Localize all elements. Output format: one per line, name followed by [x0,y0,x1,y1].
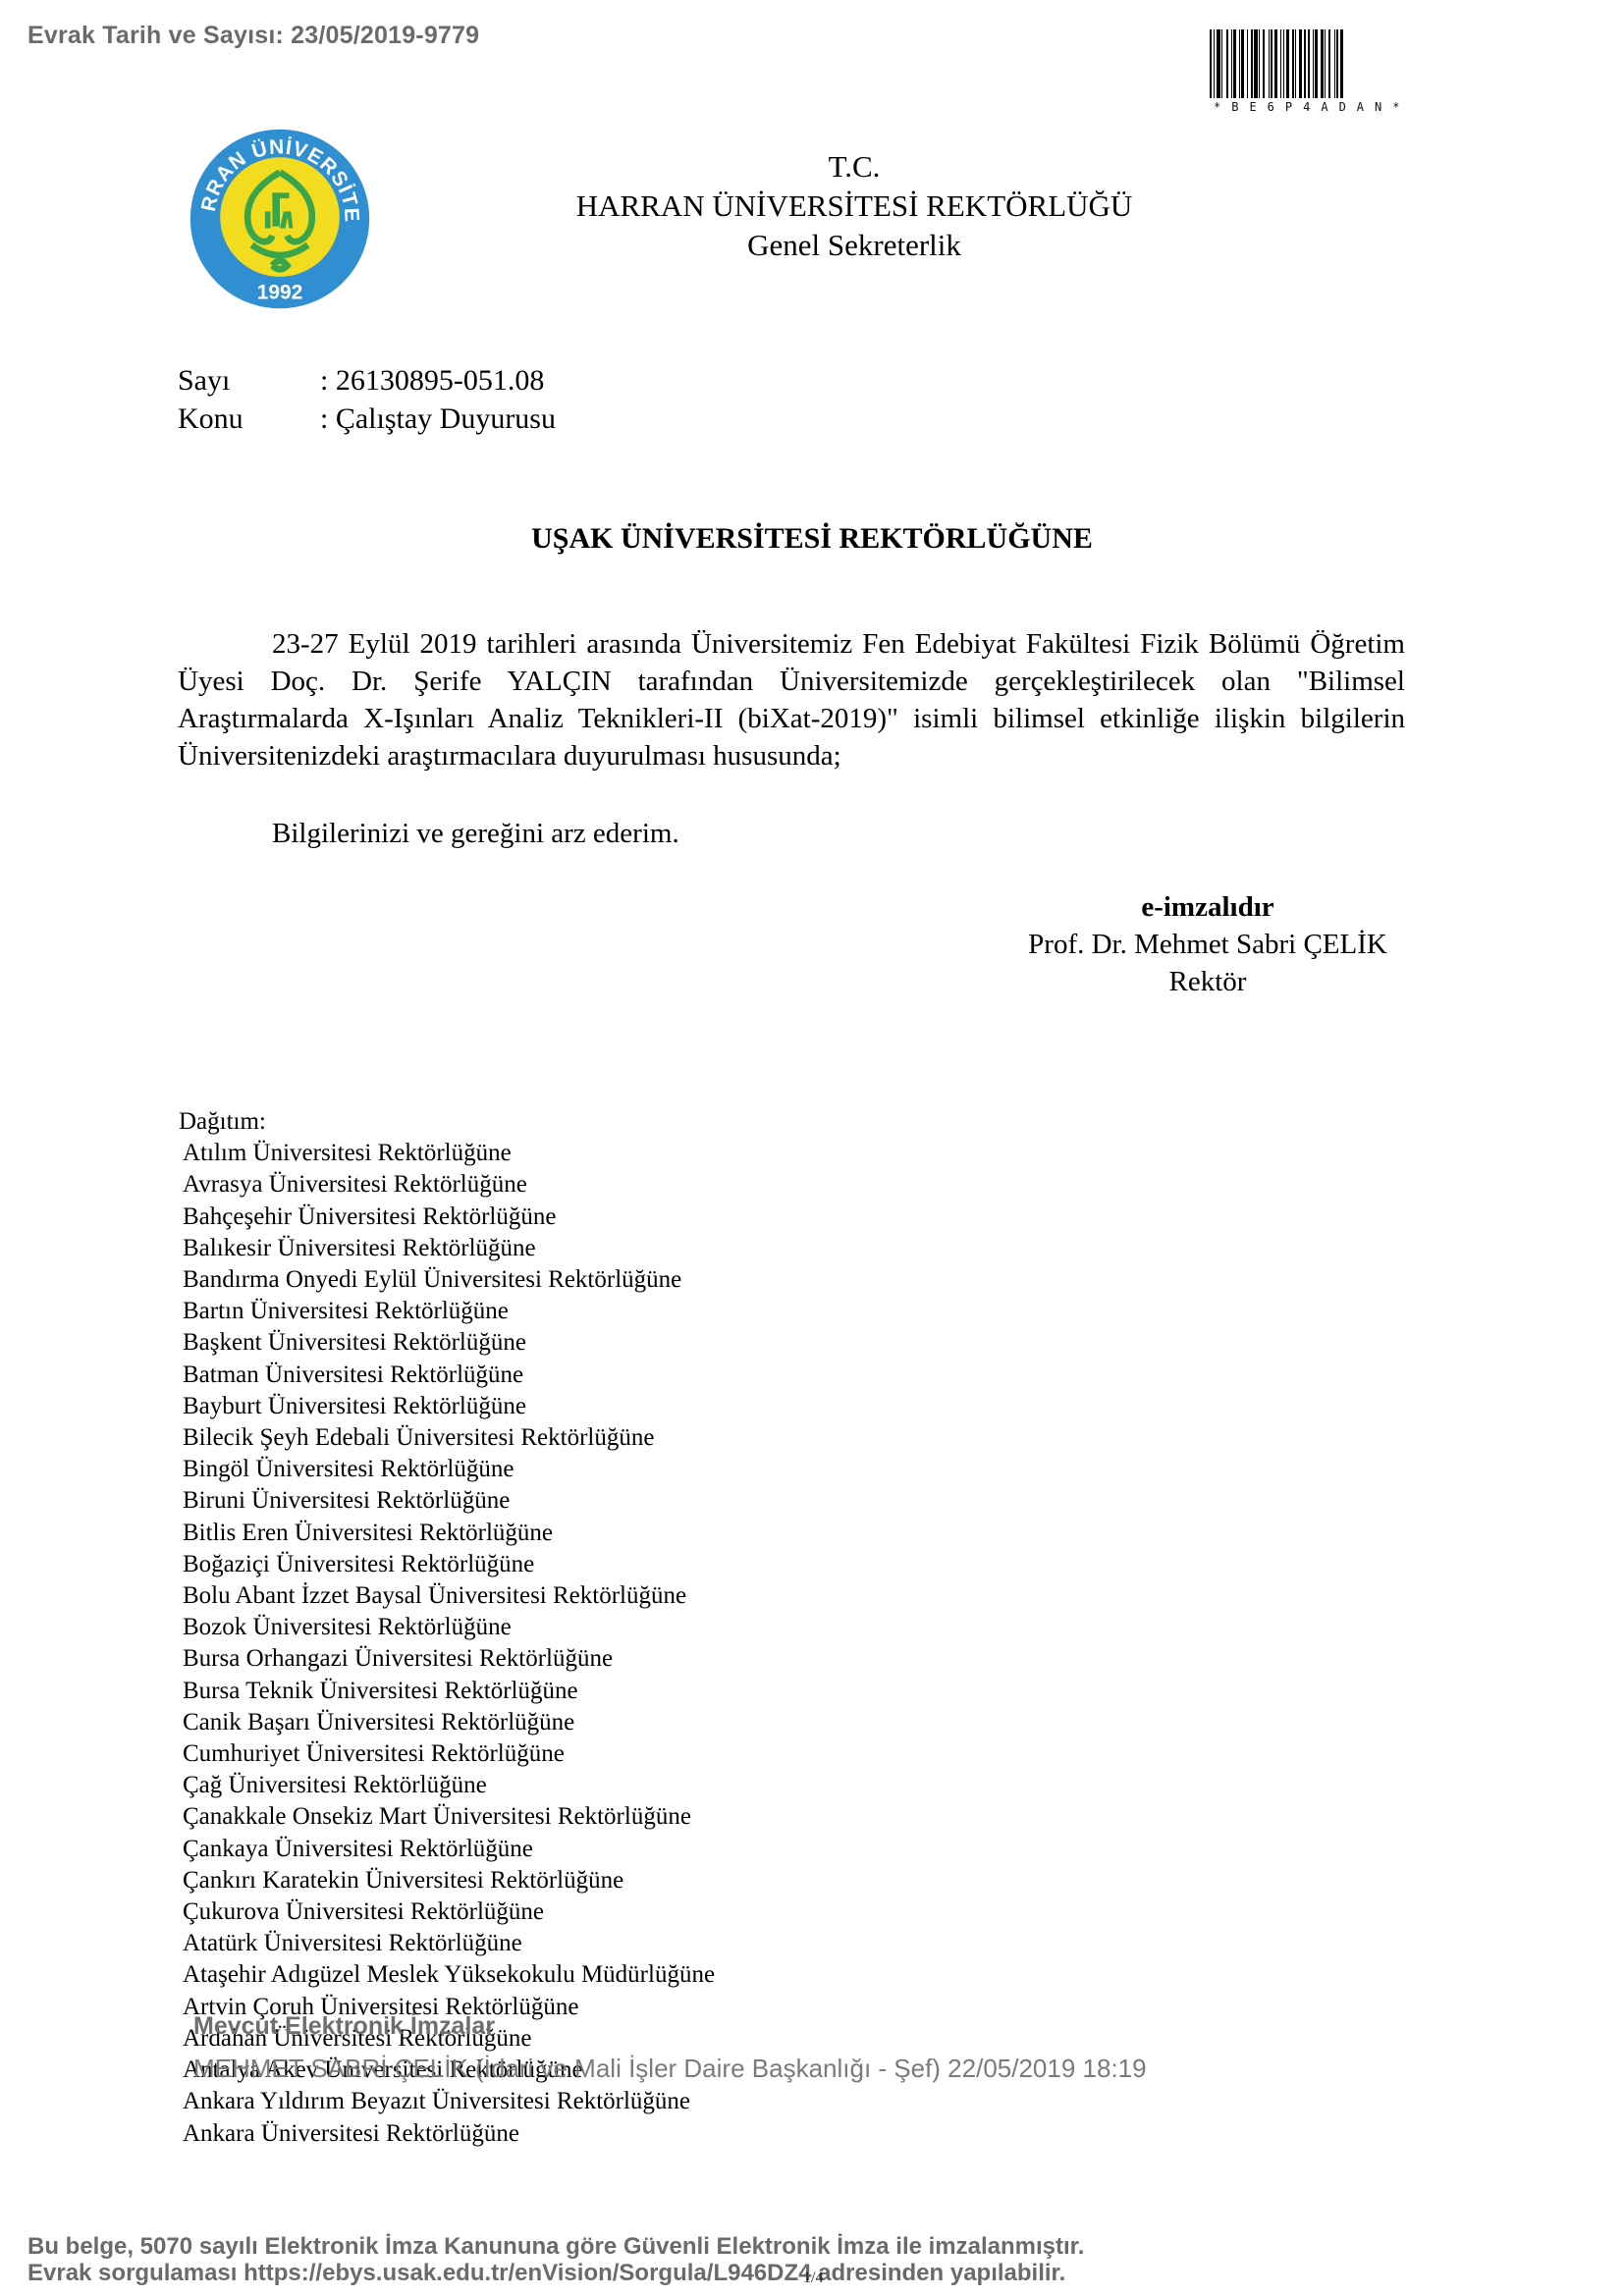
distribution-item: Bahçeşehir Üniversitesi Rektörlüğüne [183,1201,715,1233]
distribution-item: Boğaziçi Üniversitesi Rektörlüğüne [183,1549,715,1580]
evrak-date-number: Evrak Tarih ve Sayısı: 23/05/2019-9779 [27,22,479,50]
distribution-item: Ankara Üniversitesi Rektörlüğüne [183,2118,715,2150]
distribution-item: Bursa Teknik Üniversitesi Rektörlüğüne [183,1676,715,1707]
distribution-item: Atatürk Üniversitesi Rektörlüğüne [183,1928,715,1959]
footer-verification-link[interactable]: Evrak sorgulaması https://ebys.usak.edu.… [27,2260,1084,2286]
distribution-item: Avrasya Üniversitesi Rektörlüğüne [183,1169,715,1201]
document-barcode: *BE6P4ADAN* [1210,29,1455,114]
letter-body: 23-27 Eylül 2019 tarihleri arasında Üniv… [178,625,1405,774]
closing-line: Bilgilerinizi ve gereğini arz ederim. [272,818,679,850]
distribution-item: Başkent Üniversitesi Rektörlüğüne [183,1327,715,1359]
page-number: 1/4 [803,2269,823,2287]
signatory-title: Rektör [982,963,1434,1000]
meta-konu: Konu : Çalıştay Duyurusu [178,400,556,438]
footer-esign-statement: Bu belge, 5070 sayılı Elektronik İmza Ka… [27,2233,1084,2260]
university-logo: HARRAN ÜNİVERSİTESİ 1992 [187,126,373,312]
distribution-item: Çanakkale Onsekiz Mart Üniversitesi Rekt… [183,1801,715,1833]
barcode-text: *BE6P4ADAN* [1210,100,1455,114]
meta-sayi: Sayı : 26130895-051.08 [178,361,556,400]
distribution-item: Bursa Orhangazi Üniversitesi Rektörlüğün… [183,1643,715,1675]
esign-label: e-imzalıdır [982,888,1434,926]
distribution-item: Canik Başarı Üniversitesi Rektörlüğüne [183,1707,715,1738]
signatory-name: Prof. Dr. Mehmet Sabri ÇELİK [982,926,1434,963]
sayi-label: Sayı [178,361,320,400]
footer-notice: Bu belge, 5070 sayılı Elektronik İmza Ka… [27,2233,1084,2286]
barcode-bars [1210,29,1455,98]
konu-value: : Çalıştay Duyurusu [320,400,556,438]
distribution-item: Bitlis Eren Üniversitesi Rektörlüğüne [183,1518,715,1549]
body-paragraph: 23-27 Eylül 2019 tarihleri arasında Üniv… [178,625,1405,774]
esignature-entry: MEHMET SABRİ ÇELİK (İdari ve Mali İşler … [193,2054,1147,2084]
distribution-item: Biruni Üniversitesi Rektörlüğüne [183,1485,715,1517]
document-meta: Sayı : 26130895-051.08 Konu : Çalıştay D… [178,361,556,438]
letterhead-tc: T.C. [511,147,1198,187]
existing-esignatures-title: Mevcut Elektronik İmzalar [193,2012,495,2041]
distribution-item: Bozok Üniversitesi Rektörlüğüne [183,1612,715,1643]
letterhead-institution: HARRAN ÜNİVERSİTESİ REKTÖRLÜĞÜ [511,187,1198,226]
signature-block: e-imzalıdır Prof. Dr. Mehmet Sabri ÇELİK… [982,888,1434,1000]
letterhead: T.C. HARRAN ÜNİVERSİTESİ REKTÖRLÜĞÜ Gene… [511,147,1198,265]
distribution-item: Cumhuriyet Üniversitesi Rektörlüğüne [183,1738,715,1770]
distribution-item: Çağ Üniversitesi Rektörlüğüne [183,1770,715,1801]
distribution-item: Bolu Abant İzzet Baysal Üniversitesi Rek… [183,1580,715,1612]
distribution-title: Dağıtım: [179,1106,715,1138]
logo-emblem-icon: HARRAN ÜNİVERSİTESİ 1992 [187,126,373,312]
distribution-item: Atılım Üniversitesi Rektörlüğüne [183,1138,715,1169]
distribution-item: Batman Üniversitesi Rektörlüğüne [183,1360,715,1391]
svg-text:1992: 1992 [257,282,302,304]
distribution-items: Atılım Üniversitesi RektörlüğüneAvrasya … [179,1138,715,2150]
letterhead-unit: Genel Sekreterlik [511,226,1198,265]
distribution-item: Balıkesir Üniversitesi Rektörlüğüne [183,1233,715,1264]
sayi-value: : 26130895-051.08 [320,361,544,400]
distribution-item: Çankırı Karatekin Üniversitesi Rektörlüğ… [183,1865,715,1896]
addressee: UŞAK ÜNİVERSİTESİ REKTÖRLÜĞÜNE [0,522,1624,556]
distribution-item: Ataşehir Adıgüzel Meslek Yüksekokulu Müd… [183,1959,715,1991]
distribution-item: Çankaya Üniversitesi Rektörlüğüne [183,1834,715,1865]
distribution-item: Bandırma Onyedi Eylül Üniversitesi Rektö… [183,1264,715,1296]
distribution-item: Çukurova Üniversitesi Rektörlüğüne [183,1896,715,1928]
distribution-item: Ankara Yıldırım Beyazıt Üniversitesi Rek… [183,2086,715,2117]
distribution-item: Bayburt Üniversitesi Rektörlüğüne [183,1391,715,1422]
distribution-item: Bilecik Şeyh Edebali Üniversitesi Rektör… [183,1422,715,1454]
distribution-item: Bingöl Üniversitesi Rektörlüğüne [183,1454,715,1485]
distribution-item: Bartın Üniversitesi Rektörlüğüne [183,1296,715,1327]
distribution-list: Dağıtım: Atılım Üniversitesi Rektörlüğün… [179,1106,715,2150]
konu-label: Konu [178,400,320,438]
